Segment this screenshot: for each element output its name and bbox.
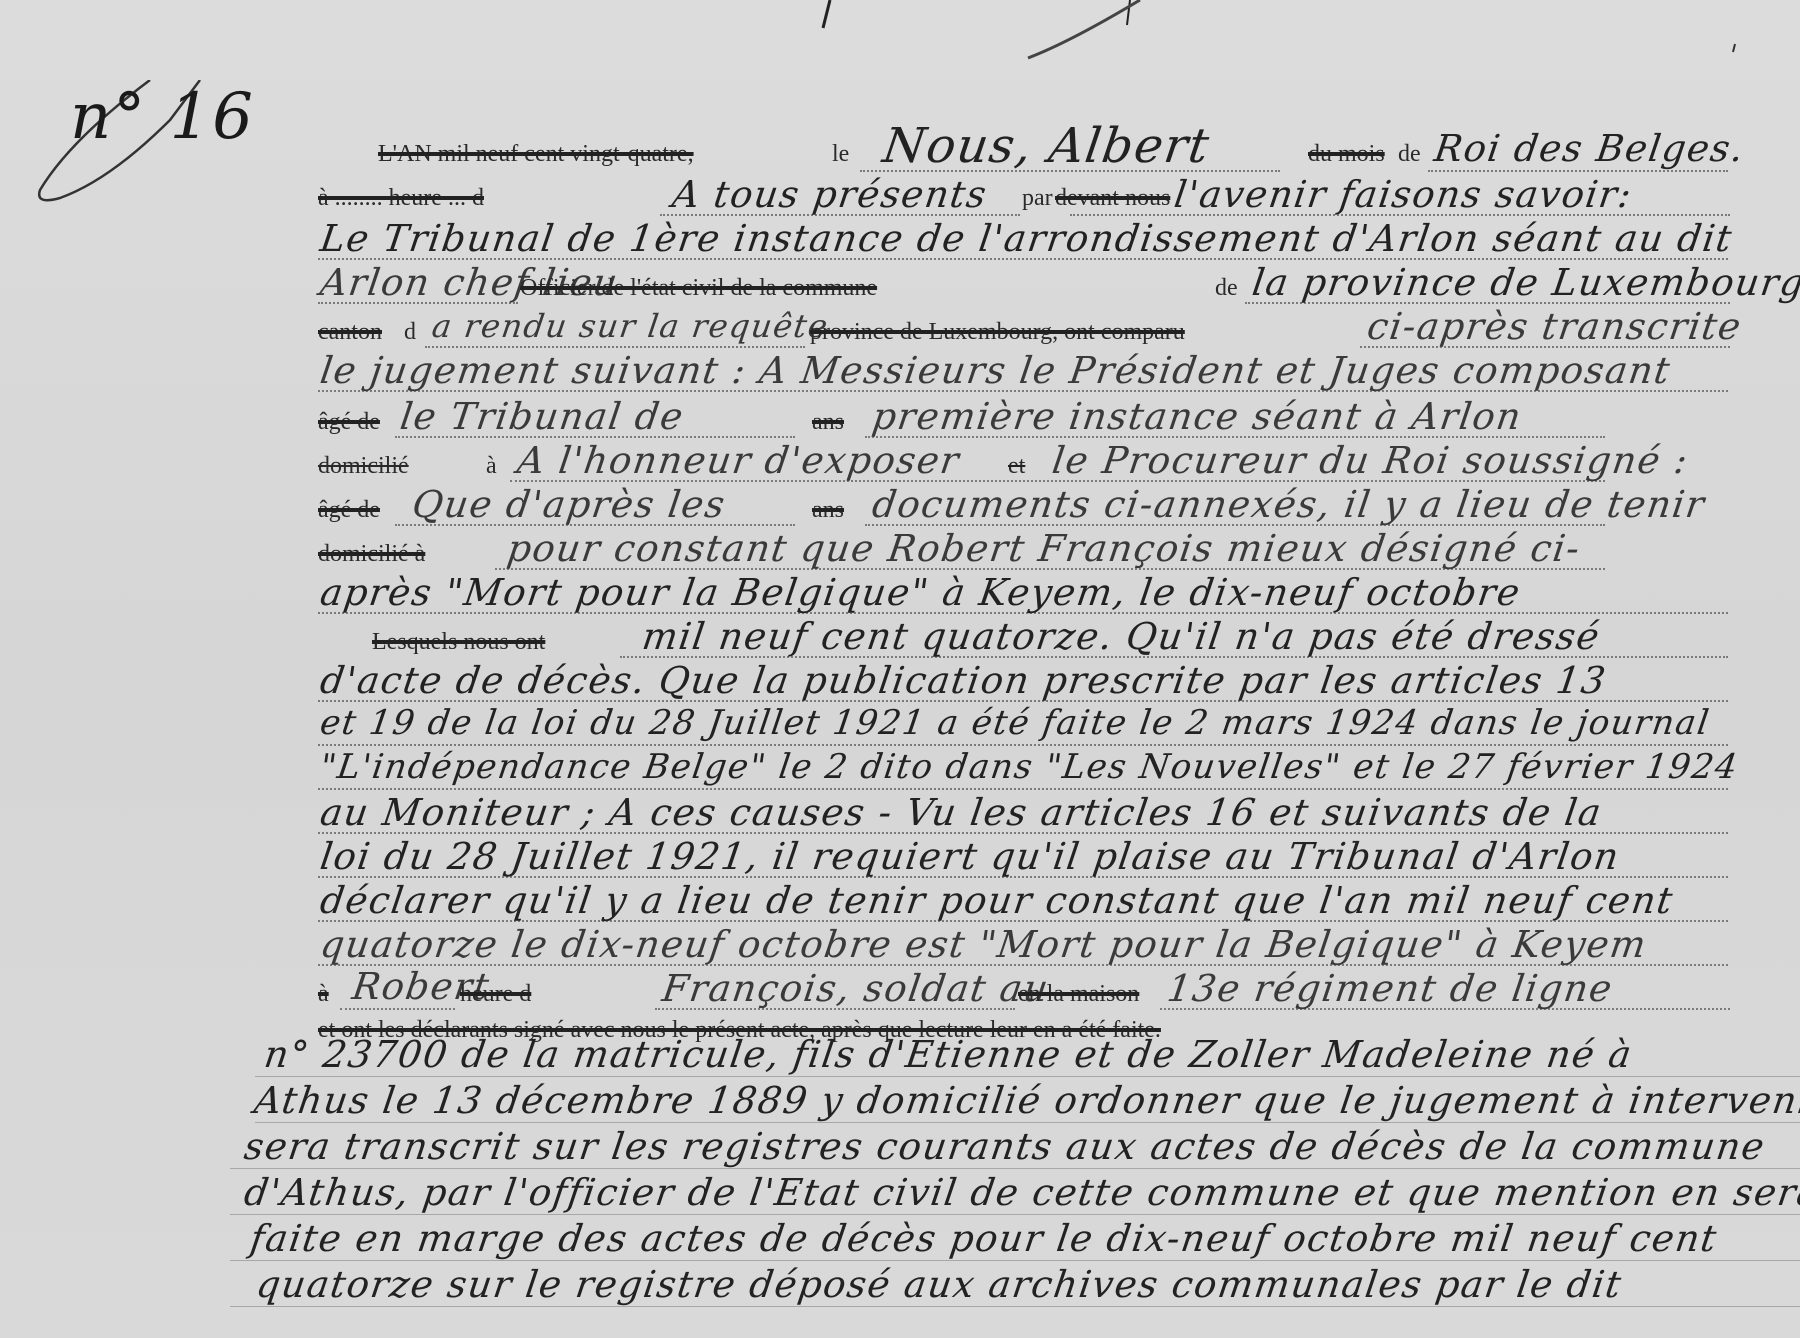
printed-struck-text: et: [1008, 454, 1025, 478]
handwritten-text: ci-après transcrite: [1365, 308, 1744, 345]
printed-text: le: [832, 142, 849, 166]
printed-struck-text: ans: [812, 410, 844, 434]
handwritten-text: A l'honneur d'exposer: [515, 442, 962, 479]
handwritten-text: et 19 de la loi du 28 Juillet 1921 a été…: [318, 706, 1712, 740]
printed-struck-text: âgé de: [318, 498, 380, 522]
form-line-10: domicilié à pour constant que Robert Fra…: [0, 528, 1800, 574]
form-line-1: L'AN mil neuf cent vingt-quatre, le Nous…: [0, 128, 1800, 174]
form-line-7: âgé de le Tribunal de ans première insta…: [0, 396, 1800, 442]
continuation-line-2: Athus le 13 décembre 1889 y domicilié or…: [0, 1082, 1800, 1128]
form-line-17: loi du 28 Juillet 1921, il requiert qu'i…: [0, 836, 1800, 882]
form-line-19: quatorze le dix-neuf octobre est "Mort p…: [0, 924, 1800, 970]
form-line-8: domicilié à A l'honneur d'exposer et le …: [0, 440, 1800, 486]
printed-struck-text: domicilié à: [318, 542, 425, 566]
form-line-9: âgé de Que d'après les ans documents ci-…: [0, 484, 1800, 530]
handwritten-text: A tous présents: [670, 176, 990, 213]
continuation-line-1: n° 23700 de la matricule, fils d'Etienne…: [0, 1036, 1800, 1082]
form-line-5: canton d a rendu sur la requête province…: [0, 306, 1800, 352]
handwritten-text: a rendu sur la requête: [430, 310, 831, 342]
printed-struck-text: Officier de l'état civil de la commune: [520, 276, 877, 300]
form-line-11: après "Mort pour la Belgique" à Keyem, l…: [0, 572, 1800, 618]
printed-struck-text: province de Luxembourg, ont comparu: [810, 320, 1185, 344]
printed-struck-text: en la maison: [1018, 982, 1139, 1006]
printed-struck-text: L'AN mil neuf cent vingt-quatre,: [378, 142, 694, 166]
handwritten-text: d'acte de décès. Que la publication pres…: [318, 662, 1609, 699]
top-pen-strokes: [0, 0, 1800, 80]
form-line-16: au Moniteur ; A ces causes - Vu les arti…: [0, 792, 1800, 838]
handwritten-text: au Moniteur ; A ces causes - Vu les arti…: [318, 794, 1605, 831]
printed-struck-text: ans: [812, 498, 844, 522]
handwritten-text: faite en marge des actes de décès pour l…: [248, 1220, 1720, 1257]
printed-struck-text: à: [318, 982, 329, 1006]
handwritten-text: l'avenir faisons savoir:: [1172, 176, 1635, 213]
handwritten-text: d'Athus, par l'officier de l'Etat civil …: [242, 1174, 1800, 1211]
form-line-15: "L'indépendance Belge" le 2 dito dans "L…: [0, 748, 1800, 794]
form-line-4: Arlon chef lieu Officier de l'état civil…: [0, 262, 1800, 308]
handwritten-text: le Procureur du Roi soussigné :: [1050, 442, 1691, 479]
continuation-line-5: faite en marge des actes de décès pour l…: [0, 1220, 1800, 1266]
form-line-18: déclarer qu'il y a lieu de tenir pour co…: [0, 880, 1800, 926]
handwritten-text: quatorze sur le registre déposé aux arch…: [254, 1266, 1625, 1303]
handwritten-text: n° 23700 de la matricule, fils d'Etienne…: [262, 1036, 1635, 1073]
handwritten-text: Nous, Albert: [880, 122, 1213, 170]
handwritten-text: quatorze le dix-neuf octobre est "Mort p…: [318, 926, 1649, 963]
handwritten-text: Roi des Belges.: [1432, 130, 1747, 167]
printed-struck-text: à ........ heure ... d: [318, 186, 484, 210]
printed-text: à: [486, 454, 497, 478]
printed-struck-text: heure d: [460, 982, 531, 1006]
handwritten-text: Que d'après les: [410, 486, 728, 523]
handwritten-text: loi du 28 Juillet 1921, il requiert qu'i…: [318, 838, 1622, 875]
printed-struck-text: domicilié: [318, 454, 409, 478]
handwritten-text: Le Tribunal de 1ère instance de l'arrond…: [318, 220, 1735, 257]
form-line-20: à Robert heure d François, soldat au en …: [0, 968, 1800, 1014]
form-line-13: d'acte de décès. Que la publication pres…: [0, 660, 1800, 706]
handwritten-text: déclarer qu'il y a lieu de tenir pour co…: [318, 882, 1676, 919]
handwritten-text: Athus le 13 décembre 1889 y domicilié or…: [252, 1082, 1800, 1119]
printed-text: par: [1022, 186, 1053, 210]
handwritten-text: après "Mort pour la Belgique" à Keyem, l…: [318, 574, 1523, 611]
handwritten-text: pour constant que Robert François mieux …: [505, 530, 1583, 567]
handwritten-text: le jugement suivant : A Messieurs le Pré…: [318, 352, 1673, 389]
form-line-2: à ........ heure ... d A tous présents p…: [0, 172, 1800, 218]
form-line-3: Le Tribunal de 1ère instance de l'arrond…: [0, 218, 1800, 264]
continuation-line-3: sera transcrit sur les registres courant…: [0, 1128, 1800, 1174]
printed-struck-text: Lesquels nous ont: [372, 630, 545, 654]
handwritten-text: François, soldat au: [660, 970, 1052, 1007]
handwritten-text: première instance séant à Arlon: [870, 398, 1524, 435]
handwritten-text: le Tribunal de: [398, 398, 686, 435]
printed-struck-text: devant nous: [1055, 186, 1170, 210]
continuation-line-4: d'Athus, par l'officier de l'Etat civil …: [0, 1174, 1800, 1220]
handwritten-text: mil neuf cent quatorze. Qu'il n'a pas ét…: [640, 618, 1603, 655]
printed-struck-text: du mois: [1308, 142, 1385, 166]
handwritten-text: sera transcrit sur les registres courant…: [242, 1128, 1768, 1165]
form-line-14: et 19 de la loi du 28 Juillet 1921 a été…: [0, 704, 1800, 750]
handwritten-text: la province de Luxembourg: [1250, 264, 1800, 301]
scanned-document-page: n° 16 L'AN mil neuf cent vingt-quatre, l…: [0, 0, 1800, 1338]
printed-struck-text: âgé de: [318, 410, 380, 434]
handwritten-text: "L'indépendance Belge" le 2 dito dans "L…: [318, 750, 1741, 784]
printed-text: d: [404, 320, 416, 344]
form-line-12: Lesquels nous ont mil neuf cent quatorze…: [0, 616, 1800, 662]
form-line-6: le jugement suivant : A Messieurs le Pré…: [0, 350, 1800, 396]
continuation-line-6: quatorze sur le registre déposé aux arch…: [0, 1266, 1800, 1312]
handwritten-text: 13e régiment de ligne: [1165, 970, 1615, 1007]
printed-struck-text: canton: [318, 320, 382, 344]
printed-text: de: [1215, 276, 1238, 300]
printed-text: de: [1398, 142, 1421, 166]
handwritten-text: documents ci-annexés, il y a lieu de ten…: [870, 486, 1708, 523]
